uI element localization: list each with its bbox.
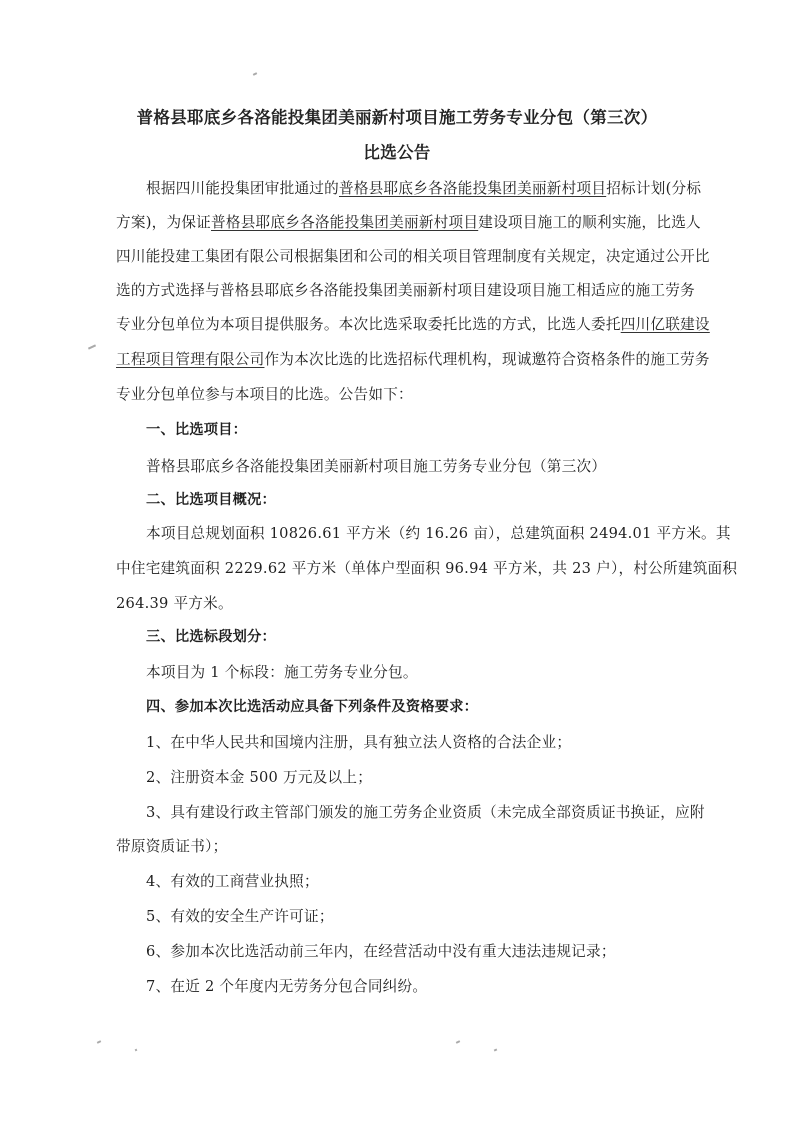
intro-text: 根据四川能投集团审批通过的	[146, 180, 339, 197]
intro-line-2: 方案)，为保证普格县耶底乡各洛能投集团美丽新村项目建设项目施工的顺利实施，比选人	[116, 211, 701, 232]
project-name-underlined: 普格县耶底乡各洛能投集团美丽新村项目	[211, 214, 478, 231]
scan-speck	[97, 1040, 101, 1044]
scan-speck	[88, 344, 96, 349]
requirement-item: 3、具有建设行政主管部门颁发的施工劳务企业资质（未完成全部资质证书换证，应附	[146, 801, 705, 822]
section-2-line-2: 中住宅建筑面积 2229.62 平方米（单体户型面积 96.94 平方米，共 2…	[116, 557, 737, 578]
intro-text: 方案)，为保证	[116, 214, 211, 231]
agency-name-underlined: 工程项目管理有限公司	[116, 351, 264, 368]
section-4-heading: 四、参加本次比选活动应具备下列条件及资格要求：	[146, 696, 478, 716]
scan-speck	[253, 72, 257, 76]
section-1-heading: 一、比选项目：	[146, 419, 247, 439]
requirement-item: 6、参加本次比选活动前三年内，在经营活动中没有重大违法违规记录；	[146, 940, 616, 961]
intro-text: 招标计划(分标	[606, 180, 701, 197]
scan-speck	[456, 1040, 460, 1044]
agency-name-underlined: 四川亿联建设	[621, 316, 710, 333]
requirement-item: 1、在中华人民共和国境内注册，具有独立法人资格的合法企业；	[146, 731, 571, 752]
section-2-line-1: 本项目总规划面积 10826.61 平方米（约 16.26 亩），总建筑面积 2…	[146, 522, 731, 543]
requirement-item: 7、在近 2 个年度内无劳务分包合同纠纷。	[146, 975, 427, 996]
section-3-body: 本项目为 1 个标段：施工劳务专业分包。	[146, 661, 418, 682]
requirement-item-continuation: 带原资质证书）；	[116, 835, 227, 856]
document-title: 普格县耶底乡各洛能投集团美丽新村项目施工劳务专业分包（第三次）	[0, 104, 794, 128]
intro-line-6: 工程项目管理有限公司作为本次比选的比选招标代理机构，现诚邀符合资格条件的施工劳务	[116, 348, 710, 369]
intro-text: 作为本次比选的比选招标代理机构，现诚邀符合资格条件的施工劳务	[264, 351, 709, 368]
section-2-line-3: 264.39 平方米。	[116, 592, 233, 613]
requirement-item: 2、注册资本金 500 万元及以上；	[146, 766, 372, 787]
section-2-heading: 二、比选项目概况：	[146, 489, 276, 509]
document-subtitle: 比选公告	[0, 139, 794, 163]
document-page: 普格县耶底乡各洛能投集团美丽新村项目施工劳务专业分包（第三次） 比选公告 根据四…	[0, 0, 794, 1122]
project-name-underlined: 普格县耶底乡各洛能投集团美丽新村项目	[339, 180, 606, 197]
scan-speck	[494, 1048, 498, 1051]
requirement-item: 4、有效的工商营业执照；	[146, 870, 319, 891]
intro-line-5: 专业分包单位为本项目提供服务。本次比选采取委托比选的方式，比选人委托四川亿联建设	[116, 313, 710, 334]
intro-line-4: 选的方式选择与普格县耶底乡各洛能投集团美丽新村项目建设项目施工相适应的施工劳务	[116, 279, 695, 300]
section-1-body: 普格县耶底乡各洛能投集团美丽新村项目施工劳务专业分包（第三次）	[146, 455, 606, 476]
intro-text: 建设项目施工的顺利实施，比选人	[478, 214, 701, 231]
intro-line-7: 专业分包单位参与本项目的比选。公告如下：	[116, 383, 413, 404]
intro-text: 专业分包单位为本项目提供服务。本次比选采取委托比选的方式，比选人委托	[116, 316, 621, 333]
section-3-heading: 三、比选标段划分：	[146, 626, 276, 646]
scan-speck	[135, 1049, 138, 1052]
requirement-item: 5、有效的安全生产许可证；	[146, 905, 334, 926]
intro-line-1: 根据四川能投集团审批通过的普格县耶底乡各洛能投集团美丽新村项目招标计划(分标	[146, 177, 701, 198]
intro-line-3: 四川能投建工集团有限公司根据集团和公司的相关项目管理制度有关规定，决定通过公开比	[116, 245, 710, 266]
